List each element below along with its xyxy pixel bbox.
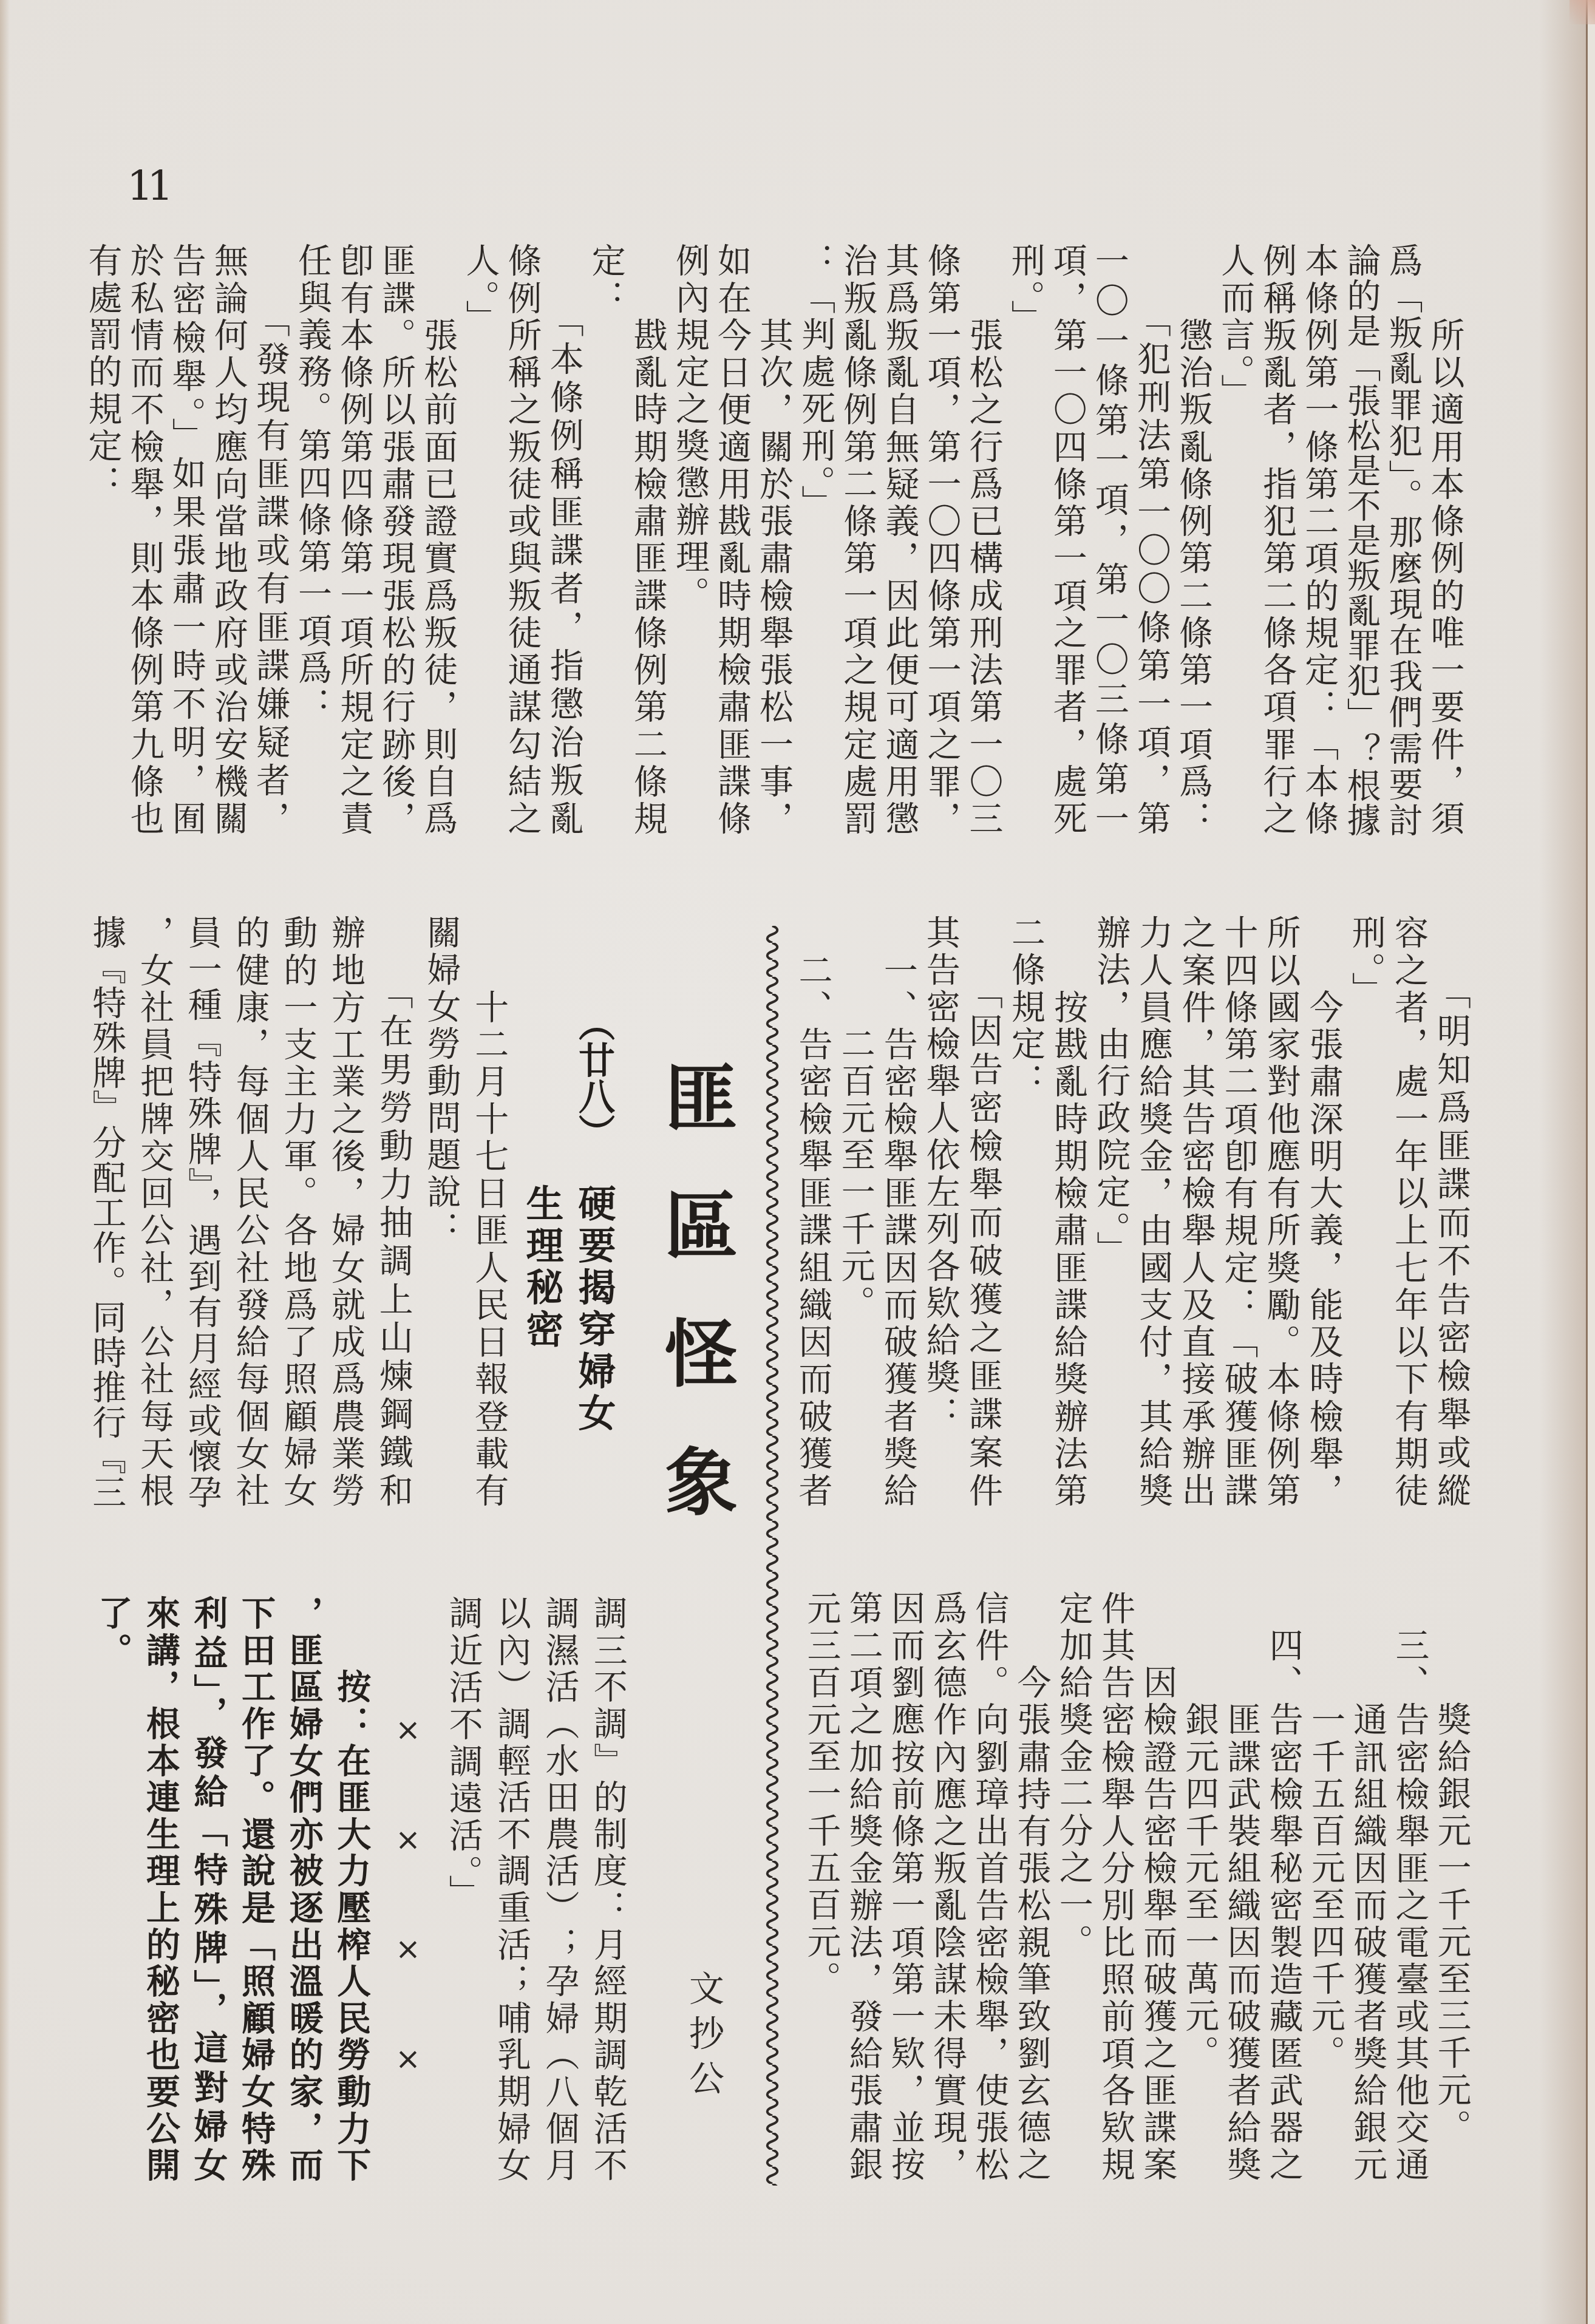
text-column: 如在今日便適用戡亂時期檢肅匪諜條 — [711, 243, 753, 837]
list-item-column: 銀元四千元至一萬元。 — [1178, 1591, 1220, 2183]
text-column: 論的是「張松是不是叛亂罪犯」？根據 — [1340, 243, 1382, 837]
text-column: 卽有本條例第四條第一項所規定之責 — [333, 243, 375, 837]
text-column: 本條例第一條第二項的規定：「本條 — [1298, 243, 1340, 837]
text-column: 辦法，由行政院定。」 — [1089, 915, 1132, 1509]
text-column: 刑。」 — [1345, 915, 1387, 1509]
text-column: ，匪區婦女們亦被逐出溫暖的家，而 — [279, 1595, 327, 2183]
text-column: 人而言。」 — [1214, 243, 1256, 837]
list-item-column: 通訊組織因而破獲者獎給銀元 — [1347, 1591, 1389, 2183]
editor-commentary-block: 按：在匪大力壓榨人民勞動力下 ，匪區婦女們亦被逐出溫暖的家，而 下田工作了。還說… — [89, 1595, 375, 2183]
article-lower-right-bottom-block: 獎給銀元一千元至三千元。 三、告密檢舉匪之電臺或其他交通 通訊組織因而破獲者獎給… — [800, 1591, 1472, 2183]
text-column: 件其告密檢舉人分別比照前項各欵規 — [1095, 1591, 1137, 2183]
text-column: 「在男勞動力抽調上山煉鋼鐵和 — [369, 915, 417, 1509]
text-column: 定： — [585, 243, 627, 837]
feature-intro-block: 十二月十七日匪人民日報登載有 關婦女勞動問題說： 「在男勞動力抽調上山煉鋼鐵和 … — [83, 915, 513, 1509]
text-column: 調濕活（水田農活）；孕婦（八個月 — [536, 1595, 583, 2183]
heading-number: （廿八） — [576, 1005, 612, 1150]
separator-mark: × — [395, 1715, 421, 1744]
text-column: 因而劉應按前條第一項第一欵，並按 — [885, 1591, 927, 2183]
list-item-column: 二、告密檢舉匪諜組織因而破獲者 — [791, 915, 834, 1509]
text-column: 無論何人均應向當地政府或治安機關 — [208, 243, 250, 837]
text-column: 動的一支主力軍。各地爲了照顧婦女 — [274, 915, 322, 1509]
text-column: 條例所稱之叛徒或與叛徒通謀勾結之 — [501, 243, 543, 837]
feature-quote-end-block: 調三不調』的制度：月經期調乾活不 調濕活（水田農活）；孕婦（八個月 以內）調輕活… — [440, 1595, 632, 2183]
text-column: 條第一項，第一〇四條第一項之罪， — [920, 243, 962, 837]
article-upper-block: 所以適用本條例的唯一要件，須 爲「叛亂罪犯」。那麼現在我們需要討 論的是「張松是… — [81, 243, 1466, 837]
list-item-column: 三、告密檢舉匪之電臺或其他交通 — [1389, 1591, 1430, 2183]
wavy-divider — [764, 926, 781, 2186]
text-column: 今張肅持有張松親筆致劉玄德之 — [1010, 1591, 1052, 2183]
text-column: 據『特殊牌』分配工作。同時推行『三 — [83, 915, 131, 1509]
article-lower-right-top-block: 「明知爲匪諜而不告密檢舉或縱 容之者，處一年以上七年以下有期徒 刑。」 今張肅深… — [791, 915, 1472, 1509]
text-column: 爲玄德作內應之叛亂陰謀未得實現， — [927, 1591, 968, 2183]
text-column: 戡亂時期檢肅匪諜條例第二條規 — [627, 243, 669, 837]
text-column: 刑。」 — [1005, 243, 1047, 837]
text-column: 張松前面已證實爲叛徒，則自爲 — [417, 243, 459, 837]
heading-title-line-2: 生理秘密 — [523, 1184, 560, 1351]
text-column: 了。 — [89, 1595, 137, 2183]
text-column: 今張肅深明大義，能及時檢舉， — [1302, 915, 1345, 1509]
feature-title: 匪區怪象 — [659, 1059, 732, 1572]
text-column: 例內規定之獎懲辦理。 — [669, 243, 711, 837]
text-column: 有處罰的規定： — [82, 243, 124, 837]
text-column: 所以適用本條例的唯一要件，須 — [1424, 243, 1466, 837]
binding-shadow — [1539, 0, 1586, 2324]
list-item-column: 一、告密檢舉匪諜因而破獲者獎給 — [877, 915, 919, 1509]
heading-title-line-1: 硬要揭穿婦女 — [575, 1184, 613, 1435]
text-column: 力人員應給獎金，由國支付，其給獎 — [1132, 915, 1174, 1509]
list-item-column: 二百元至一千元。 — [834, 915, 877, 1509]
text-column: 調三不調』的制度：月經期調乾活不 — [583, 1595, 631, 2183]
adjacent-page-strip — [1588, 0, 1595, 2324]
text-column: 「本條例稱匪諜者，指懲治叛亂 — [543, 243, 585, 837]
text-column: 匪諜。所以張肅發現張松的行跡後， — [375, 243, 417, 837]
text-column: 按：在匪大力壓榨人民勞動力下 — [327, 1595, 375, 2183]
text-column: 人。」 — [459, 243, 501, 837]
text-column: 爲「叛亂罪犯」。那麼現在我們需要討 — [1382, 243, 1424, 837]
text-column: 「發現有匪諜或有匪諜嫌疑者， — [250, 243, 291, 837]
text-column: 二條規定： — [1004, 915, 1047, 1509]
text-column: 其次，關於張肅檢舉張松一事， — [753, 243, 795, 837]
text-column: 利益」，發給「特殊牌」，這對婦女 — [184, 1595, 232, 2183]
text-column: 所以國家對他應有所獎勵。本條例第 — [1260, 915, 1302, 1509]
text-column: 懲治叛亂條例第二條第一項爲： — [1172, 243, 1214, 837]
text-column: 告密檢舉。」如果張肅一時不明，囿 — [166, 243, 208, 837]
text-column: 之案件，其告密檢舉人及直接承辦出 — [1174, 915, 1217, 1509]
separator-mark: × — [395, 1934, 421, 1963]
page-left-edge — [0, 0, 10, 2324]
page-corner — [1569, 0, 1595, 24]
separator-mark: × — [395, 2044, 421, 2073]
text-column: 張松之行爲已構成刑法第一〇三 — [962, 243, 1004, 837]
text-column: 十二月十七日匪人民日報登載有 — [465, 915, 513, 1509]
text-column: 按戡亂時期檢肅匪諜給獎辦法第 — [1047, 915, 1089, 1509]
section-separator: × × × × — [393, 1715, 423, 2073]
text-column: 「明知爲匪諜而不告密檢舉或縱 — [1430, 915, 1472, 1509]
text-column: 其告密檢舉人依左列各欵給獎： — [919, 915, 962, 1509]
text-column: 來講，根本連生理上的秘密也要公開 — [136, 1595, 184, 2183]
text-column: 一〇一條第一項，第一〇三條第一 — [1089, 243, 1131, 837]
text-column: 「因告密檢舉而破獲之匪諜案件 — [962, 915, 1004, 1509]
text-column: 「犯刑法第一〇〇條第一項，第 — [1131, 243, 1172, 837]
text-column: 任與義務。第四條第一項爲： — [291, 243, 333, 837]
text-column: 第二項之加給獎金辦法，發給張肅銀 — [843, 1591, 885, 2183]
text-column: ，女社員把牌交回公社，公社每天根 — [130, 915, 178, 1509]
separator-mark: × — [395, 1825, 421, 1854]
text-column: 下田工作了。還說是「照顧婦女特殊 — [232, 1595, 280, 2183]
text-column: ：「判處死刑。」 — [795, 243, 837, 837]
list-item-column: 匪諜武裝組織因而破獲者給獎 — [1220, 1591, 1262, 2183]
list-item-column: 一千五百元至四千元。 — [1305, 1591, 1347, 2183]
text-column: 十四條第二項卽有規定：「破獲匪諜 — [1217, 915, 1259, 1509]
text-column: 容之者，處一年以上七年以下有期徒 — [1387, 915, 1430, 1509]
text-column: 元三百元至一千五百元。 — [800, 1591, 842, 2183]
text-column: 辦地方工業之後，婦女就成爲農業勞 — [321, 915, 369, 1509]
author-byline: 文抄公 — [686, 1970, 721, 2105]
page-number: 11 — [127, 165, 168, 208]
text-column: 於私情而不檢舉，則本條例第九條也 — [124, 243, 166, 837]
text-column: 的健康，每個人民公社發給每個女社 — [226, 915, 274, 1509]
text-column: 定加給獎金二分之一。 — [1053, 1591, 1095, 2183]
text-column: 治叛亂條例第二條第一項之規定處罰 — [837, 243, 879, 837]
text-column: 其爲叛亂自無疑義，因此便可適用懲 — [879, 243, 920, 837]
text-column: 以內）調輕活不調重活；哺乳期婦女 — [488, 1595, 536, 2183]
list-item-column: 獎給銀元一千元至三千元。 — [1430, 1591, 1472, 2183]
text-column: 調近活不調遠活。」 — [440, 1595, 488, 2183]
text-column: 因檢證告密檢舉而破獲之匪諜案 — [1137, 1591, 1178, 2183]
text-column: 信件。向劉璋出首告密檢舉，使張松 — [968, 1591, 1010, 2183]
text-column: 項，第一〇四條第一項之罪者，處死 — [1047, 243, 1089, 837]
text-column: 關婦女勞動問題說： — [417, 915, 465, 1509]
list-item-column: 四、告密檢舉秘密製造藏匿武器之 — [1263, 1591, 1305, 2183]
text-column: 例稱叛亂者，指犯第二條各項罪行之 — [1256, 243, 1298, 837]
text-column: 員一種『特殊牌』，遇到有月經或懷孕 — [178, 915, 226, 1509]
